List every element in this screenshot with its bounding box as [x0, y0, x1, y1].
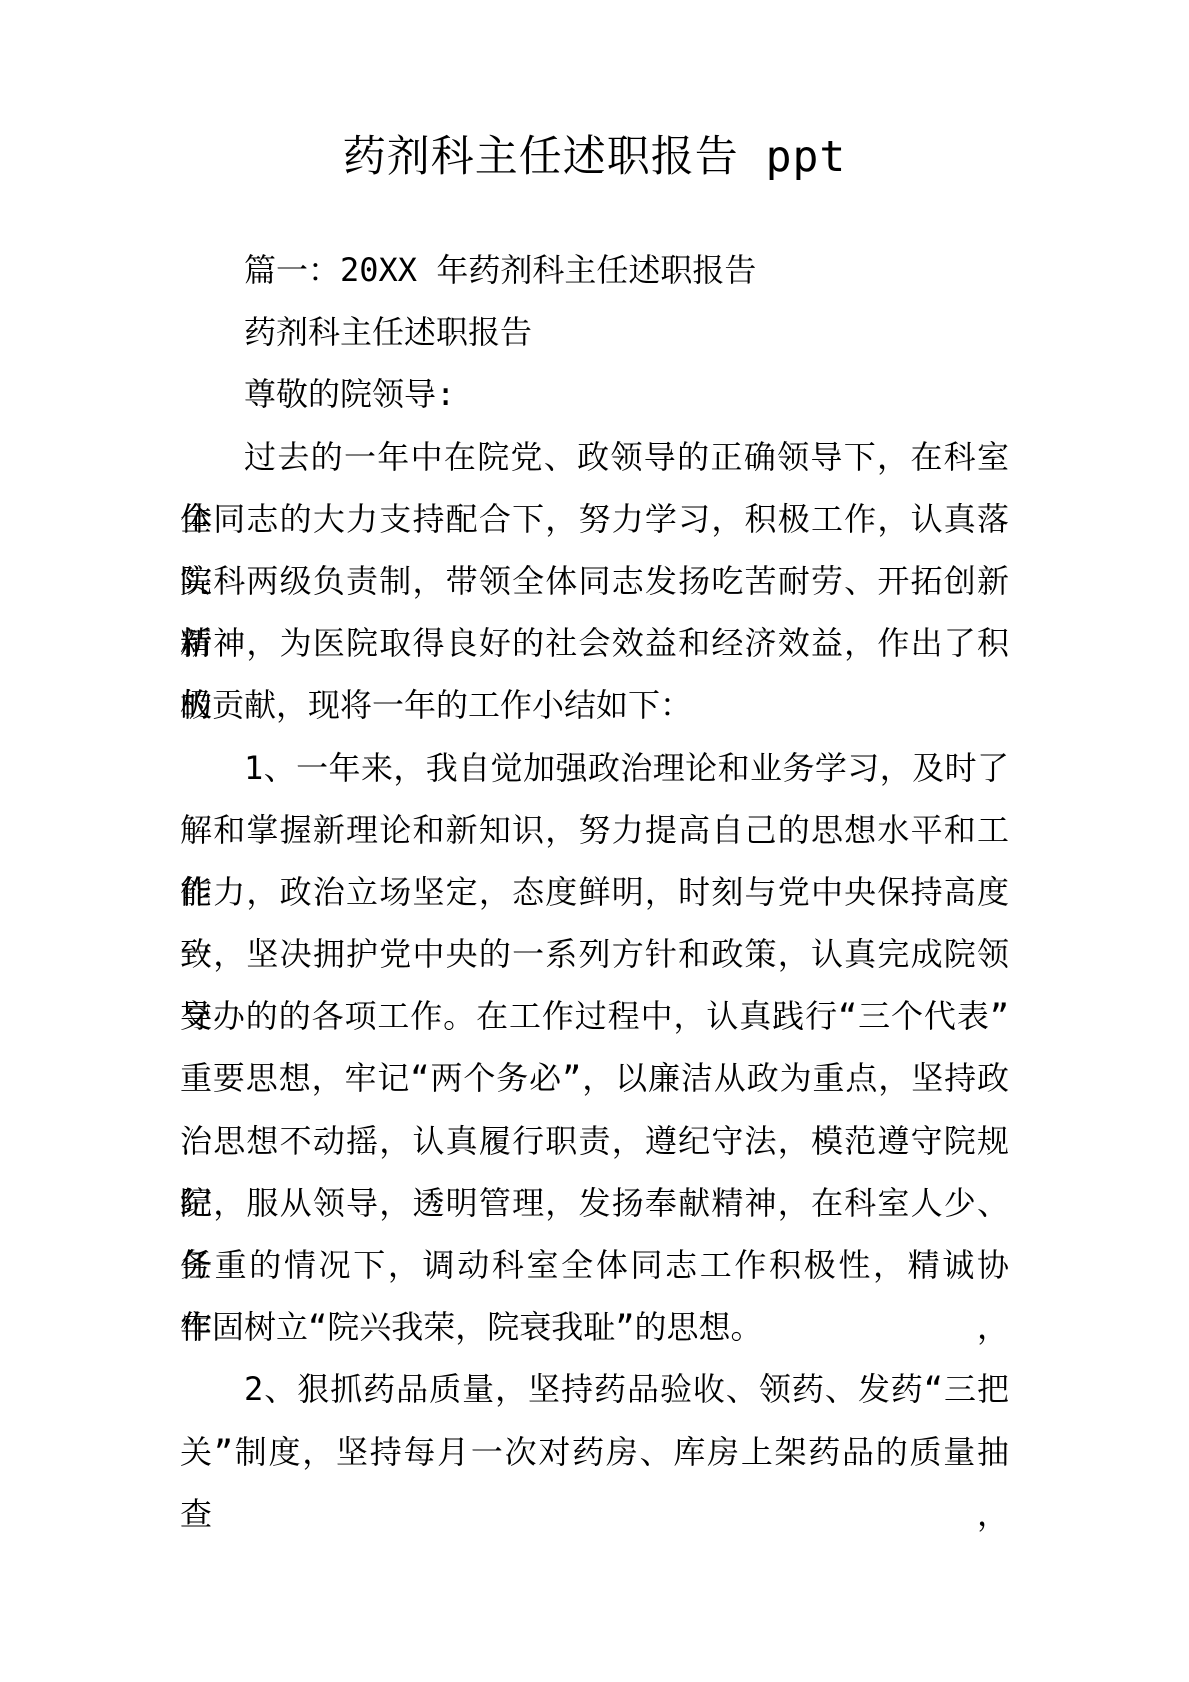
text-line: 尊敬的院领导:	[180, 363, 1009, 425]
text-line: 关”制度，坚持每月一次对药房、库房上架药品的质量抽查，	[180, 1421, 1009, 1483]
text-line: 解和掌握新理论和新知识，努力提高自己的思想水平和工作	[180, 799, 1009, 861]
document-body: 篇一：20XX 年药剂科主任述职报告药剂科主任述职报告尊敬的院领导:过去的一年中…	[180, 239, 1009, 1483]
document-page: 药剂科主任述职报告 ppt 篇一：20XX 年药剂科主任述职报告药剂科主任述职报…	[0, 0, 1189, 1682]
text-line: 治思想不动摇，认真履行职责，遵纪守法，模范遵守院规院	[180, 1110, 1009, 1172]
text-line: 体同志的大力支持配合下，努力学习，积极工作，认真落实	[180, 488, 1009, 550]
text-line: 务重的情况下，调动科室全体同志工作积极性，精诚协作，	[180, 1234, 1009, 1296]
text-line: 纪，服从领导，透明管理，发扬奉献精神，在科室人少、任	[180, 1172, 1009, 1234]
text-line: 重要思想，牢记“两个务必”，以廉洁从政为重点，坚持政	[180, 1047, 1009, 1109]
text-line: 篇一：20XX 年药剂科主任述职报告	[180, 239, 1009, 301]
text-line: 的贡献，现将一年的工作小结如下：	[180, 674, 1009, 736]
text-line: 致，坚决拥护党中央的一系列方针和政策，认真完成院领导	[180, 923, 1009, 985]
text-line: 1、一年来，我自觉加强政治理论和业务学习，及时了	[180, 737, 1009, 799]
text-line: 药剂科主任述职报告	[180, 301, 1009, 363]
text-line: 过去的一年中在院党、政领导的正确领导下，在科室全	[180, 426, 1009, 488]
text-line: 精神，为医院取得良好的社会效益和经济效益，作出了积极	[180, 612, 1009, 674]
text-line: 交办的的各项工作。在工作过程中，认真践行“三个代表”	[180, 985, 1009, 1047]
document-title: 药剂科主任述职报告 ppt	[0, 125, 1189, 189]
text-line: 能力，政治立场坚定，态度鲜明，时刻与党中央保持高度一	[180, 861, 1009, 923]
text-line: 2、狠抓药品质量，坚持药品验收、领药、发药“三把	[180, 1358, 1009, 1420]
text-line: 院科两级负责制，带领全体同志发扬吃苦耐劳、开拓创新新	[180, 550, 1009, 612]
